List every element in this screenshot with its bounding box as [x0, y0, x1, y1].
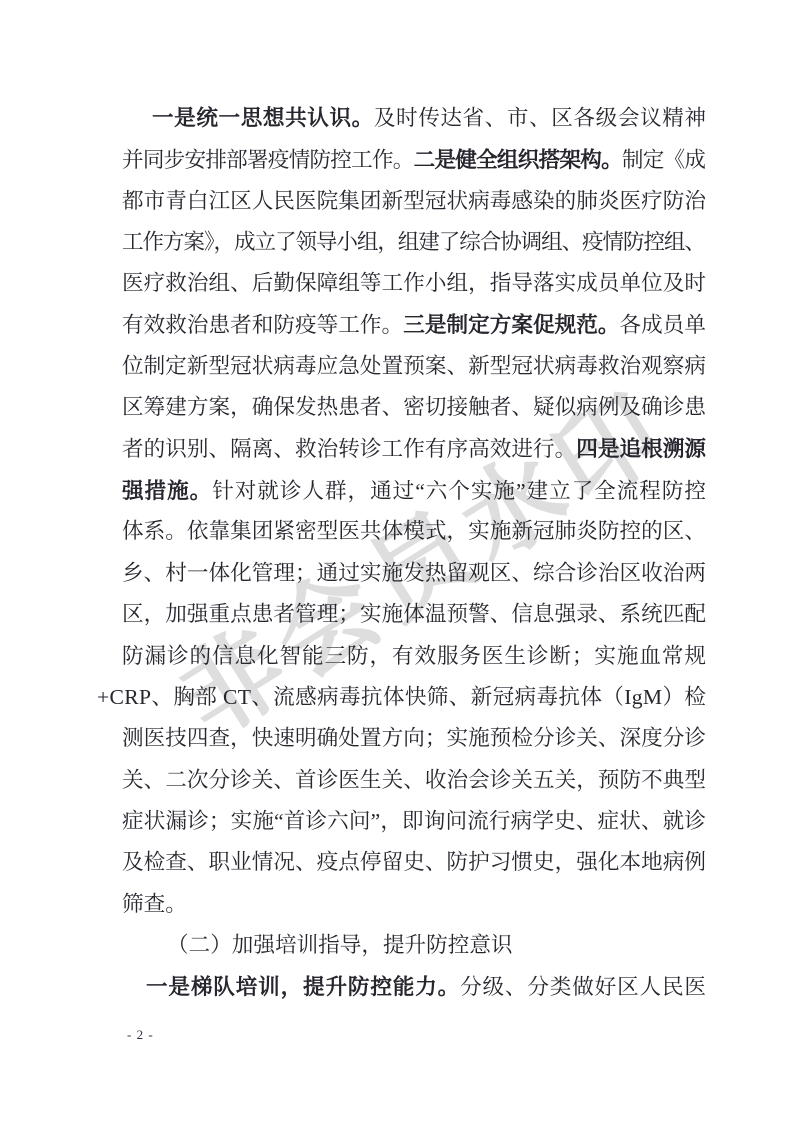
text-line-content: 关、二次分诊关、首诊医生关、收治会诊关五关，预防不典型: [122, 770, 706, 792]
text-run: 医疗救治组、后勤保障组等工作小组，指导落实成员单位及时: [122, 271, 706, 295]
text-run: 都市青白江区人民医院集团新型冠状病毒感染的肺炎医疗防治: [122, 189, 706, 213]
text-line-content: （二）加强培训指导，提升防控意识: [167, 935, 513, 957]
text-run: 防漏诊的信息化智能三防，有效服务医生诊断；实施血常规: [122, 644, 707, 668]
text-run: 制定《成: [622, 148, 705, 172]
text-run: +CRP、胸部 CT、流感病毒抗体快筛、新冠病毒抗体（IgM）检: [97, 685, 706, 709]
text-line-content: 测医技四查，快速明确处置方向；实施预检分诊关、深度分诊: [122, 728, 706, 750]
text-run: 关、二次分诊关、首诊医生关、收治会诊关五关，预防不典型: [122, 768, 706, 792]
text-run-bold: 强措施。: [122, 478, 212, 503]
text-run: 乡、村一体化管理；通过实施发热留观区、综合诊治区收治两: [122, 561, 706, 585]
text-line: 一是统一思想共认识。及时传达省、市、区各级会议精神: [122, 98, 706, 139]
text-line: +CRP、胸部 CT、流感病毒抗体快筛、新冠病毒抗体（IgM）检: [122, 677, 706, 718]
text-line: 防漏诊的信息化智能三防，有效服务医生诊断；实施血常规: [122, 636, 706, 677]
text-line: 乡、村一体化管理；通过实施发热留观区、综合诊治区收治两: [122, 553, 706, 594]
text-line: 关、二次分诊关、首诊医生关、收治会诊关五关，预防不典型: [122, 760, 706, 801]
text-run: 及时传达省、市、区各级会议精神: [374, 106, 707, 130]
text-line: （二）加强培训指导，提升防控意识: [122, 925, 706, 966]
text-run-bold: 一是梯队培训，提升防控能力。: [146, 974, 460, 999]
text-run: 分级、分类做好区人民医: [460, 975, 707, 999]
text-run: 各成员单: [619, 313, 706, 337]
text-block: 一是统一思想共认识。及时传达省、市、区各级会议精神并同步安排部署疫情防控工作。二…: [122, 98, 706, 1008]
text-line: 及检查、职业情况、疫点停留史、防护习惯史，强化本地病例: [122, 842, 706, 883]
text-run-bold: 二是健全组织搭架构。: [414, 147, 622, 172]
text-run: 位制定新型冠状病毒应急处置预案、新型冠状病毒救治观察病: [122, 354, 706, 378]
text-line-content: 者的识别、隔离、救治转诊工作有序高效进行。四是追根溯源: [122, 438, 706, 461]
text-line: 位制定新型冠状病毒应急处置预案、新型冠状病毒救治观察病: [122, 346, 706, 387]
text-line-content: 体系。依靠集团紧密型医共体模式，实施新冠肺炎防控的区、: [122, 521, 706, 543]
text-run: 及检查、职业情况、疫点停留史、防护习惯史，强化本地病例: [122, 850, 706, 874]
text-run: 工作方案》，成立了领导小组，组建了综合协调组、疫情防控组、: [122, 230, 705, 254]
text-line: 症状漏诊；实施“首诊六问”，即询问流行病学史、症状、就诊: [122, 801, 706, 842]
text-line-content: 及检查、职业情况、疫点停留史、防护习惯史，强化本地病例: [122, 852, 706, 874]
text-line-content: 一是梯队培训，提升防控能力。分级、分类做好区人民医: [146, 976, 707, 999]
text-line: 测医技四查，快速明确处置方向；实施预检分诊关、深度分诊: [122, 718, 706, 759]
text-line: 医疗救治组、后勤保障组等工作小组，指导落实成员单位及时: [122, 263, 706, 304]
page-number: - 2 -: [127, 1027, 154, 1043]
text-line-content: 筛查。: [122, 894, 187, 916]
text-line-content: 症状漏诊；实施“首诊六问”，即询问流行病学史、症状、就诊: [122, 811, 706, 833]
text-line-content: 工作方案》，成立了领导小组，组建了综合协调组、疫情防控组、: [122, 232, 705, 254]
text-line: 一是梯队培训，提升防控能力。分级、分类做好区人民医: [122, 967, 706, 1008]
text-line-content: 乡、村一体化管理；通过实施发热留观区、综合诊治区收治两: [122, 563, 706, 585]
text-line: 区，加强重点患者管理；实施体温预警、信息强录、系统匹配: [122, 594, 706, 635]
text-line: 区筹建方案，确保发热患者、密切接触者、疑似病例及确诊患: [122, 388, 706, 429]
text-run: 有效救治患者和防疫等工作。: [122, 313, 403, 337]
text-line-content: 位制定新型冠状病毒应急处置预案、新型冠状病毒救治观察病: [122, 356, 706, 378]
text-run: 筛查。: [122, 892, 187, 916]
text-run: 者的识别、隔离、救治转诊工作有序高效进行。: [122, 437, 576, 461]
text-line: 并同步安排部署疫情防控工作。二是健全组织搭架构。制定《成: [122, 139, 706, 180]
text-line-content: 防漏诊的信息化智能三防，有效服务医生诊断；实施血常规: [122, 646, 707, 668]
text-line: 工作方案》，成立了领导小组，组建了综合协调组、疫情防控组、: [122, 222, 706, 263]
text-run: 区筹建方案，确保发热患者、密切接触者、疑似病例及确诊患: [122, 395, 706, 419]
text-line: 筛查。: [122, 884, 706, 925]
text-line: 强措施。针对就诊人群，通过“六个实施”建立了全流程防控: [122, 470, 706, 511]
text-line: 者的识别、隔离、救治转诊工作有序高效进行。四是追根溯源: [122, 429, 706, 470]
document-page: 非会员水印 一是统一思想共认识。及时传达省、市、区各级会议精神并同步安排部署疫情…: [0, 0, 793, 1122]
text-run: 并同步安排部署疫情防控工作。: [122, 148, 414, 172]
text-line: 都市青白江区人民医院集团新型冠状病毒感染的肺炎医疗防治: [122, 181, 706, 222]
text-line-content: 区，加强重点患者管理；实施体温预警、信息强录、系统匹配: [122, 604, 706, 626]
text-run: 针对就诊人群，通过“六个实施”建立了全流程防控: [212, 479, 707, 503]
text-run-bold: 一是统一思想共认识。: [152, 105, 374, 130]
text-run-bold: 四是追根溯源: [576, 436, 706, 461]
text-run: 体系。依靠集团紧密型医共体模式，实施新冠肺炎防控的区、: [122, 519, 706, 543]
text-line-content: 强措施。针对就诊人群，通过“六个实施”建立了全流程防控: [122, 480, 707, 503]
text-line-content: 有效救治患者和防疫等工作。三是制定方案促规范。各成员单: [122, 314, 706, 337]
text-line: 有效救治患者和防疫等工作。三是制定方案促规范。各成员单: [122, 305, 706, 346]
text-line-content: 并同步安排部署疫情防控工作。二是健全组织搭架构。制定《成: [122, 149, 705, 172]
text-run: 症状漏诊；实施“首诊六问”，即询问流行病学史、症状、就诊: [122, 809, 706, 833]
text-line-content: +CRP、胸部 CT、流感病毒抗体快筛、新冠病毒抗体（IgM）检: [97, 687, 706, 709]
text-line-content: 区筹建方案，确保发热患者、密切接触者、疑似病例及确诊患: [122, 397, 706, 419]
text-line: 体系。依靠集团紧密型医共体模式，实施新冠肺炎防控的区、: [122, 512, 706, 553]
text-line-content: 一是统一思想共认识。及时传达省、市、区各级会议精神: [152, 107, 707, 130]
text-line-content: 都市青白江区人民医院集团新型冠状病毒感染的肺炎医疗防治: [122, 191, 706, 213]
text-run: 区，加强重点患者管理；实施体温预警、信息强录、系统匹配: [122, 602, 706, 626]
text-run: 测医技四查，快速明确处置方向；实施预检分诊关、深度分诊: [122, 726, 706, 750]
text-line-content: 医疗救治组、后勤保障组等工作小组，指导落实成员单位及时: [122, 273, 706, 295]
text-run: （二）加强培训指导，提升防控意识: [167, 933, 513, 957]
text-run-bold: 三是制定方案促规范。: [403, 312, 619, 337]
